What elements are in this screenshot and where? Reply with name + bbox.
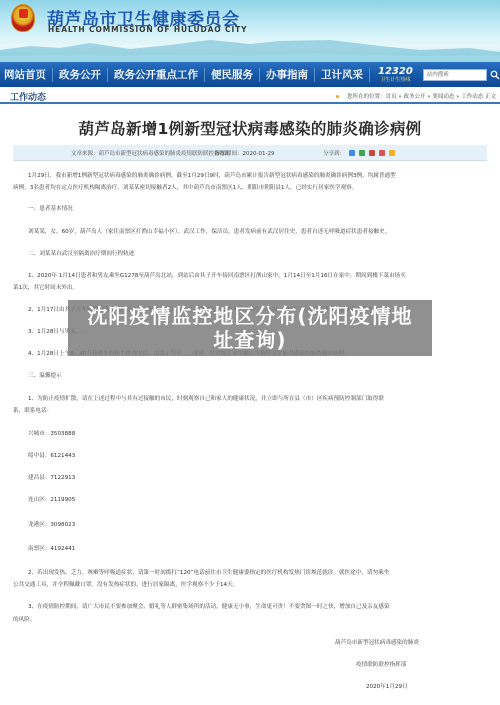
header-banner: 葫芦岛市卫生健康委员会 HEALTH COMMISSION OF HULUDAO… xyxy=(0,0,500,62)
article-title: 葫芦岛新增1例新型冠状病毒感染的肺炎确诊病例 xyxy=(0,117,500,139)
article-meta: 文章来源：葫芦岛市新型冠状病毒感染的肺炎疫情联防联控指挥部 添加时间：2020-… xyxy=(13,145,487,161)
paragraph-tip-2a: 2、若出现发热、乏力、咳嗽等呼吸道症状，请第一时间拨打“120”电话前往市卫生健… xyxy=(28,570,389,577)
search-button[interactable] xyxy=(490,69,500,81)
signature-line-2: 疫情联防联控指挥部 xyxy=(356,662,406,669)
mountains-decoration xyxy=(0,36,500,62)
wechat-icon[interactable] xyxy=(359,150,365,156)
bullet-icon xyxy=(336,95,339,98)
breadcrumb-bar: 工作动态 您所在的位置：首页 » 政务公开 » 要闻动态 » 工作动态 正文 xyxy=(0,87,500,104)
renren-icon[interactable] xyxy=(369,150,375,156)
weibo-icon[interactable] xyxy=(379,150,385,156)
article-time: 添加时间：2020-01-29 xyxy=(215,149,274,157)
contact-longgang: 龙港区：3098023 xyxy=(28,522,75,529)
heading-3: 三、温馨提示 xyxy=(28,373,62,380)
paragraph-tip-2b: 公共交通工具，并全程佩戴口罩。没有发热症状的，进行居家隔离，医学观察不少于14天… xyxy=(13,582,238,589)
overlay-line-1: 沈阳疫情监控地区分布(沈阳疫情地 xyxy=(87,304,412,328)
paragraph-tip-1b: 系，联系电话： xyxy=(13,408,52,415)
nav-item-guide[interactable]: 办事指南 xyxy=(260,68,315,82)
paragraph-trip-1b: 菜1次，其它时间未外出。 xyxy=(13,285,78,292)
paragraph-tip-3a: 3、在疫情防控期间，请广大市民不要参加聚会、婚礼等人群密集场所的活动。健康无小事… xyxy=(28,604,390,611)
nav-item-services[interactable]: 便民服务 xyxy=(205,68,260,82)
paragraph-tip-1a: 1、为防止疫情扩散，请在上述过程中与其有过接触的市民，时刻观察自己和家人的健康状… xyxy=(28,396,384,403)
nav-item-gov-affairs[interactable]: 政务公开 xyxy=(53,68,108,82)
nav-item-style[interactable]: 卫计风采 xyxy=(315,68,370,82)
paragraph-tip-3b: 的风险。 xyxy=(13,617,35,624)
nav-item-key-work[interactable]: 政务公开重点工作 xyxy=(108,68,205,82)
signature-line-1: 葫芦岛市新型冠状病毒感染的肺炎 xyxy=(335,640,419,647)
contact-lianshan: 连山区：2119905 xyxy=(28,497,75,504)
signature-date: 2020年1月29日 xyxy=(366,684,408,691)
qzone-icon[interactable] xyxy=(349,150,355,156)
article-source: 文章来源：葫芦岛市新型冠状病毒感染的肺炎疫情联防联控指挥部 xyxy=(71,149,231,157)
search-icon xyxy=(490,70,500,80)
national-emblem-logo xyxy=(11,4,35,32)
search-input[interactable]: 站内搜索 xyxy=(423,69,487,81)
hotline-subtitle: 卫生计生热线 xyxy=(380,78,410,83)
main-nav: 网站首页 政务公开 政务公开重点工作 便民服务 办事指南 卫计风采 12320 … xyxy=(0,62,500,87)
hotline-12320[interactable]: 12320 卫生计生热线 xyxy=(378,67,413,83)
share-bar: 分享到： xyxy=(323,149,395,157)
paragraph-patient: 刘某某，女，60岁，葫芦岛人（家住南票区打渔山幸福小区）。武汉工作，保洁员。患者… xyxy=(28,229,390,236)
breadcrumb-path[interactable]: 您所在的位置：首页 » 政务公开 » 要闻动态 » 工作动态 正文 xyxy=(347,92,496,100)
nav-item-home[interactable]: 网站首页 xyxy=(0,68,53,82)
heading-1: 一、患者基本情况 xyxy=(28,206,73,213)
overlay-caption: 沈阳疫情监控地区分布(沈阳疫情地 址查询) xyxy=(68,300,432,356)
overlay-line-2: 址查询) xyxy=(213,328,286,352)
contact-suizhong: 绥中县：6121443 xyxy=(28,453,75,460)
breadcrumb: 您所在的位置：首页 » 政务公开 » 要闻动态 » 工作动态 正文 xyxy=(336,92,496,100)
site-name-en: HEALTH COMMISSION OF HULUDAO CITY xyxy=(48,25,248,34)
paragraph-trip-1a: 1、2020年 1月14日患者和男友乘坐G1278至葫芦岛北站，到站后由其子开车… xyxy=(28,273,406,280)
share-label: 分享到： xyxy=(323,149,345,157)
heading-2: 二、刘某某自武汉至隔离治疗期间行程轨迹 xyxy=(28,251,134,258)
contact-nanpiao: 南票区：4192441 xyxy=(28,546,75,553)
paragraph-intro-2: 病例。3名患者均在定点医疗机构隔离治疗。刘某某密切接触者2人，其中葫芦岛市南票区… xyxy=(13,185,357,192)
contact-jianchang: 建昌县：7122913 xyxy=(28,475,75,482)
star-icon[interactable] xyxy=(389,150,395,156)
paragraph-intro-1: 1月29日，我市新增1例新型冠状病毒感染的肺炎确诊病例。截至1月29日9时，葫芦… xyxy=(28,173,396,180)
hotline-number: 12320 xyxy=(378,67,413,77)
section-title: 工作动态 xyxy=(10,90,46,103)
contact-xingcheng: 兴城市：3503888 xyxy=(28,431,75,438)
